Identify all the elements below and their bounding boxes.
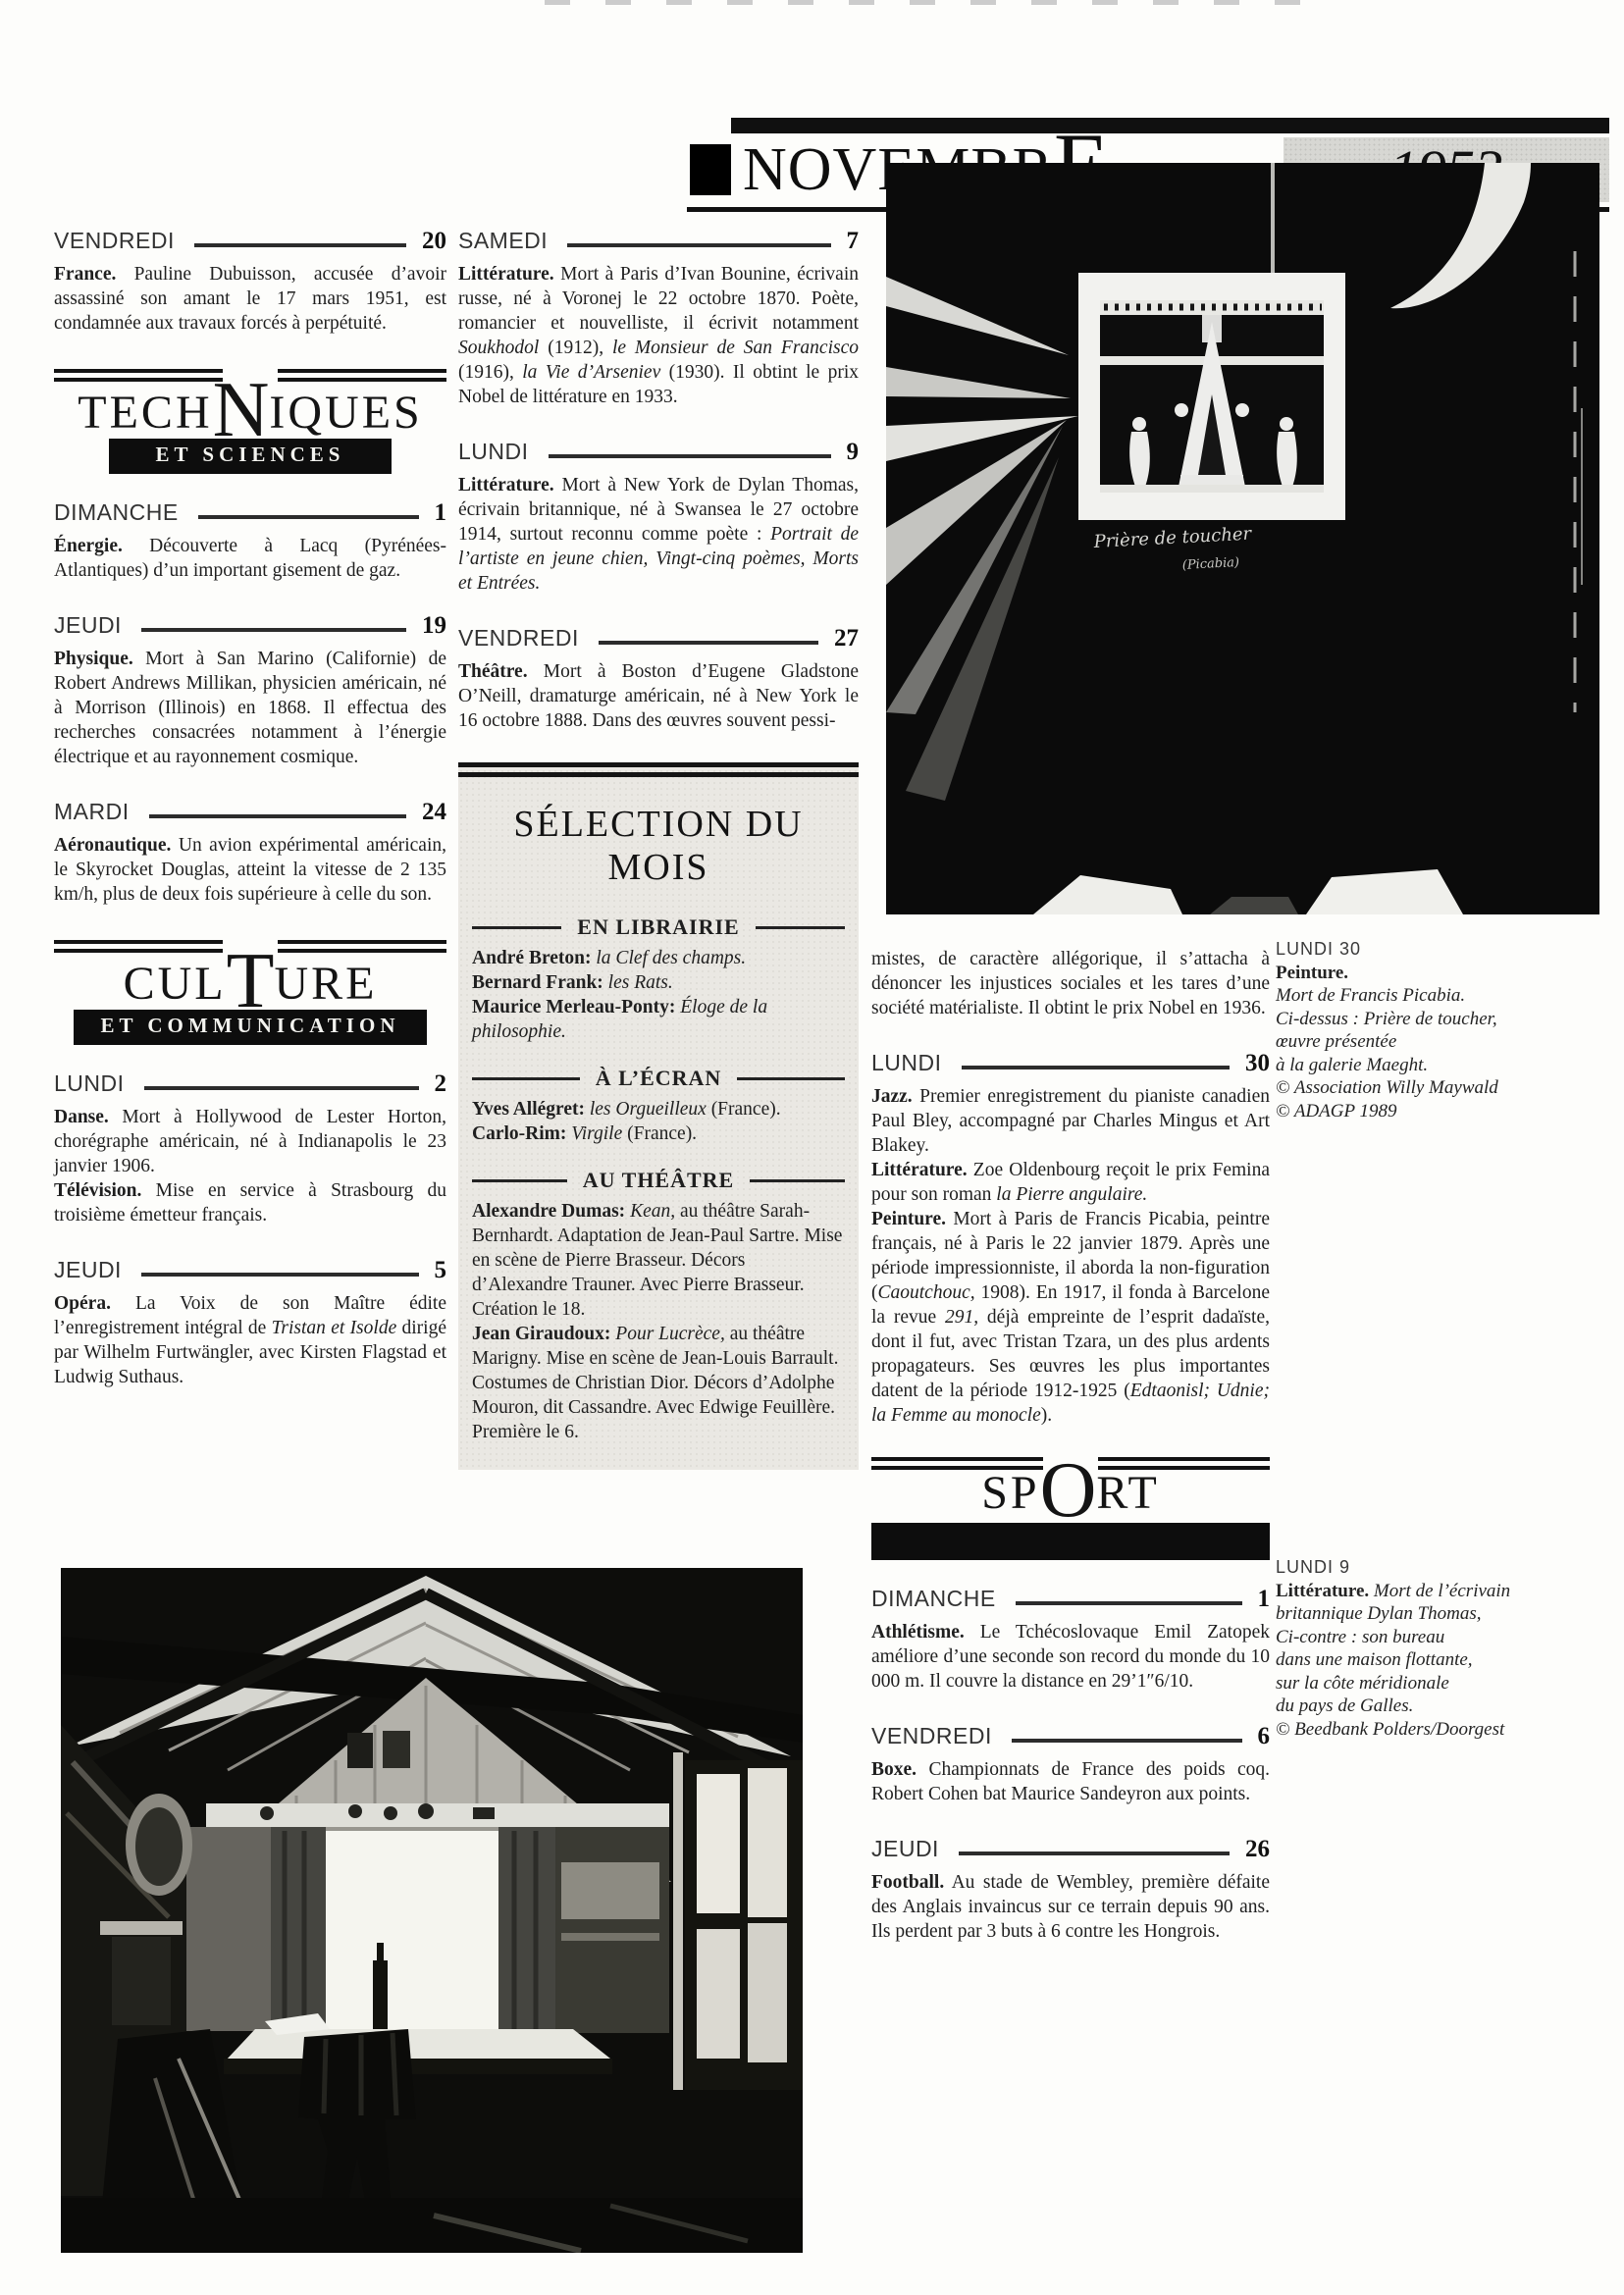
event-entry: JEUDI 26 Football. Au stade de Wembley, … bbox=[871, 1836, 1270, 1944]
event-paragraph: Physique. Mort à San Marino (Californie)… bbox=[54, 647, 446, 769]
day-rule bbox=[149, 814, 406, 818]
day-number: 6 bbox=[1258, 1723, 1271, 1750]
day-name: VENDREDI bbox=[458, 625, 579, 652]
section-title: TECHNIQUES bbox=[54, 382, 446, 435]
day-header: VENDREDI 6 bbox=[871, 1723, 1270, 1750]
day-number: 27 bbox=[834, 625, 859, 652]
selection-title: SÉLECTION DU MOIS bbox=[472, 803, 845, 889]
photo-picabia-exhibit: Prière de toucher (Picabia) bbox=[886, 163, 1599, 914]
day-rule bbox=[549, 454, 831, 458]
event-paragraph: Littérature. Mort à New York de Dylan Th… bbox=[458, 473, 859, 596]
event-entry: DIMANCHE 1 Énergie. Découverte à Lacq (P… bbox=[54, 499, 446, 583]
selection-item: Yves Allégret: les Orgueilleux (France). bbox=[472, 1097, 845, 1121]
event-entry: SAMEDI 7 Littérature. Mort à Paris d’Iva… bbox=[458, 228, 859, 409]
column-left: VENDREDI 20 France. Pauline Dubuisson, a… bbox=[54, 228, 446, 1419]
event-paragraph: Boxe. Championnats de France des poids c… bbox=[871, 1757, 1270, 1806]
day-rule bbox=[194, 243, 406, 247]
event-paragraph: Littérature. Mort à Paris d’Ivan Bounine… bbox=[458, 262, 859, 409]
event-entry: JEUDI 5 Opéra. La Voix de son Maître édi… bbox=[54, 1257, 446, 1389]
day-number: 5 bbox=[435, 1257, 447, 1284]
event-entry: MARDI 24 Aéronautique. Un avion expérime… bbox=[54, 799, 446, 907]
day-rule bbox=[959, 1852, 1230, 1855]
event-entry: LUNDI 9 Littérature. Mort à New York de … bbox=[458, 439, 859, 596]
day-number: 1 bbox=[1258, 1586, 1271, 1613]
day-number: 2 bbox=[435, 1070, 447, 1098]
day-header: JEUDI 26 bbox=[871, 1836, 1270, 1863]
selection-item: Carlo-Rim: Virgile (France). bbox=[472, 1121, 845, 1146]
day-header: LUNDI 9 bbox=[458, 439, 859, 466]
day-rule bbox=[962, 1066, 1230, 1069]
day-name: JEUDI bbox=[871, 1836, 939, 1862]
event-paragraph: Danse. Mort à Hollywood de Lester Horton… bbox=[54, 1105, 446, 1178]
section-title: CULTURE bbox=[54, 953, 446, 1006]
section-title: SPORT bbox=[871, 1470, 1270, 1515]
day-rule bbox=[198, 515, 419, 519]
event-entry: LUNDI 30 Jazz. Premier enregistrement du… bbox=[871, 1050, 1270, 1428]
event-paragraph: Jazz. Premier enregistrement du pianiste… bbox=[871, 1084, 1270, 1158]
day-header: DIMANCHE 1 bbox=[54, 499, 446, 527]
event-entry: LUNDI 2 Danse. Mort à Hollywood de Leste… bbox=[54, 1070, 446, 1227]
event-entry: VENDREDI 6 Boxe. Championnats de France … bbox=[871, 1723, 1270, 1806]
day-number: 7 bbox=[847, 228, 860, 255]
day-header: JEUDI 5 bbox=[54, 1257, 446, 1284]
event-paragraph: France. Pauline Dubuisson, accusée d’avo… bbox=[54, 262, 446, 336]
section-subtitle-bar: ET SCIENCES bbox=[109, 439, 392, 474]
day-number: 9 bbox=[847, 439, 860, 466]
day-name: MARDI bbox=[54, 799, 130, 825]
day-header: VENDREDI 20 bbox=[54, 228, 446, 255]
event-paragraph: Football. Au stade de Wembley, première … bbox=[871, 1870, 1270, 1944]
section-subtitle-bar: ET COMMUNICATION bbox=[74, 1010, 427, 1045]
event-paragraph: Théâtre. Mort à Boston d’Eugene Gladston… bbox=[458, 659, 859, 733]
continuation-paragraph-block: mistes, de caractère allégorique, il s’a… bbox=[871, 947, 1270, 1020]
selection-subhead: EN LIBRAIRIE bbox=[472, 914, 845, 940]
day-number: 26 bbox=[1245, 1836, 1270, 1863]
day-number: 19 bbox=[422, 612, 446, 640]
selection-item: André Breton: la Clef des champs. bbox=[472, 946, 845, 970]
day-name: DIMANCHE bbox=[871, 1586, 996, 1612]
scan-artifact bbox=[545, 0, 1300, 5]
event-paragraph: mistes, de caractère allégorique, il s’a… bbox=[871, 947, 1270, 1020]
event-entry: DIMANCHE 1 Athlétisme. Le Tchécoslovaque… bbox=[871, 1586, 1270, 1694]
photo-dylan-thomas-boathouse bbox=[61, 1568, 803, 2253]
day-name: DIMANCHE bbox=[54, 499, 179, 526]
day-rule bbox=[141, 628, 406, 632]
magazine-page: NOVEMBRE 1953 VENDREDI 20 France. Paulin… bbox=[0, 0, 1624, 2295]
day-header: LUNDI 2 bbox=[54, 1070, 446, 1098]
photo-handwriting-line2: (Picabia) bbox=[1181, 555, 1239, 573]
section-header-culture: CULTURE ET COMMUNICATION bbox=[54, 940, 446, 1045]
day-header: MARDI 24 bbox=[54, 799, 446, 826]
event-paragraph: Opéra. La Voix de son Maître édite l’enr… bbox=[54, 1291, 446, 1389]
day-number: 24 bbox=[422, 799, 446, 826]
photo-caption-dylan-thomas: LUNDI 9Littérature. Mort de l’écrivainbr… bbox=[1276, 1556, 1619, 1741]
header-top-rule bbox=[731, 118, 1609, 133]
selection-subhead: AU THÉÂTRE bbox=[472, 1168, 845, 1193]
day-rule bbox=[567, 243, 830, 247]
day-number: 1 bbox=[435, 499, 447, 527]
event-paragraph: Énergie. Découverte à Lacq (Pyrénées-Atl… bbox=[54, 534, 446, 583]
day-name: JEUDI bbox=[54, 612, 122, 639]
day-number: 20 bbox=[422, 228, 446, 255]
event-entry: VENDREDI 20 France. Pauline Dubuisson, a… bbox=[54, 228, 446, 336]
section-header-techniques: TECHNIQUES ET SCIENCES bbox=[54, 369, 446, 474]
day-name: LUNDI bbox=[54, 1070, 125, 1097]
day-rule bbox=[1012, 1739, 1242, 1743]
day-rule bbox=[599, 641, 818, 645]
event-paragraph: Télévision. Mise en service à Strasbourg… bbox=[54, 1178, 446, 1227]
selection-item: Maurice Merleau-Ponty: Éloge de la philo… bbox=[472, 995, 845, 1044]
day-header: LUNDI 30 bbox=[871, 1050, 1270, 1077]
column-middle: SAMEDI 7 Littérature. Mort à Paris d’Iva… bbox=[458, 228, 859, 1470]
event-entry: JEUDI 19 Physique. Mort à San Marino (Ca… bbox=[54, 612, 446, 769]
day-rule bbox=[141, 1273, 419, 1277]
month-marker-square bbox=[690, 144, 731, 195]
day-name: SAMEDI bbox=[458, 228, 548, 254]
day-number: 30 bbox=[1245, 1050, 1270, 1077]
photo-caption-picabia: LUNDI 30Peinture.Mort de Francis Picabia… bbox=[1276, 938, 1619, 1122]
day-header: SAMEDI 7 bbox=[458, 228, 859, 255]
selection-item: Jean Giraudoux: Pour Lucrèce, au théâtre… bbox=[472, 1322, 845, 1444]
day-header: VENDREDI 27 bbox=[458, 625, 859, 652]
day-name: LUNDI bbox=[871, 1050, 942, 1076]
event-entry: VENDREDI 27 Théâtre. Mort à Boston d’Eug… bbox=[458, 625, 859, 733]
day-name: JEUDI bbox=[54, 1257, 122, 1283]
day-rule bbox=[1016, 1601, 1242, 1605]
day-name: LUNDI bbox=[458, 439, 529, 465]
event-paragraph: Littérature. Zoe Oldenbourg reçoit le pr… bbox=[871, 1158, 1270, 1207]
day-name: VENDREDI bbox=[54, 228, 175, 254]
selection-item: Alexandre Dumas: Kean, au théâtre Sarah-… bbox=[472, 1199, 845, 1322]
selection-subhead: À L’ÉCRAN bbox=[472, 1066, 845, 1091]
section-header-sport: SPORT bbox=[871, 1457, 1270, 1560]
selection-of-the-month-box: SÉLECTION DU MOIS EN LIBRAIRIE André Bre… bbox=[458, 762, 859, 1470]
event-paragraph: Athlétisme. Le Tchécoslovaque Emil Zatop… bbox=[871, 1620, 1270, 1694]
day-header: JEUDI 19 bbox=[54, 612, 446, 640]
event-paragraph: Peinture. Mort à Paris de Francis Picabi… bbox=[871, 1207, 1270, 1428]
day-header: DIMANCHE 1 bbox=[871, 1586, 1270, 1613]
event-paragraph: Aéronautique. Un avion expérimental amér… bbox=[54, 833, 446, 907]
day-name: VENDREDI bbox=[871, 1723, 992, 1749]
column-right: mistes, de caractère allégorique, il s’a… bbox=[871, 947, 1270, 1973]
day-rule bbox=[144, 1086, 419, 1090]
selection-top-rule bbox=[458, 762, 859, 777]
selection-item: Bernard Frank: les Rats. bbox=[472, 970, 845, 995]
